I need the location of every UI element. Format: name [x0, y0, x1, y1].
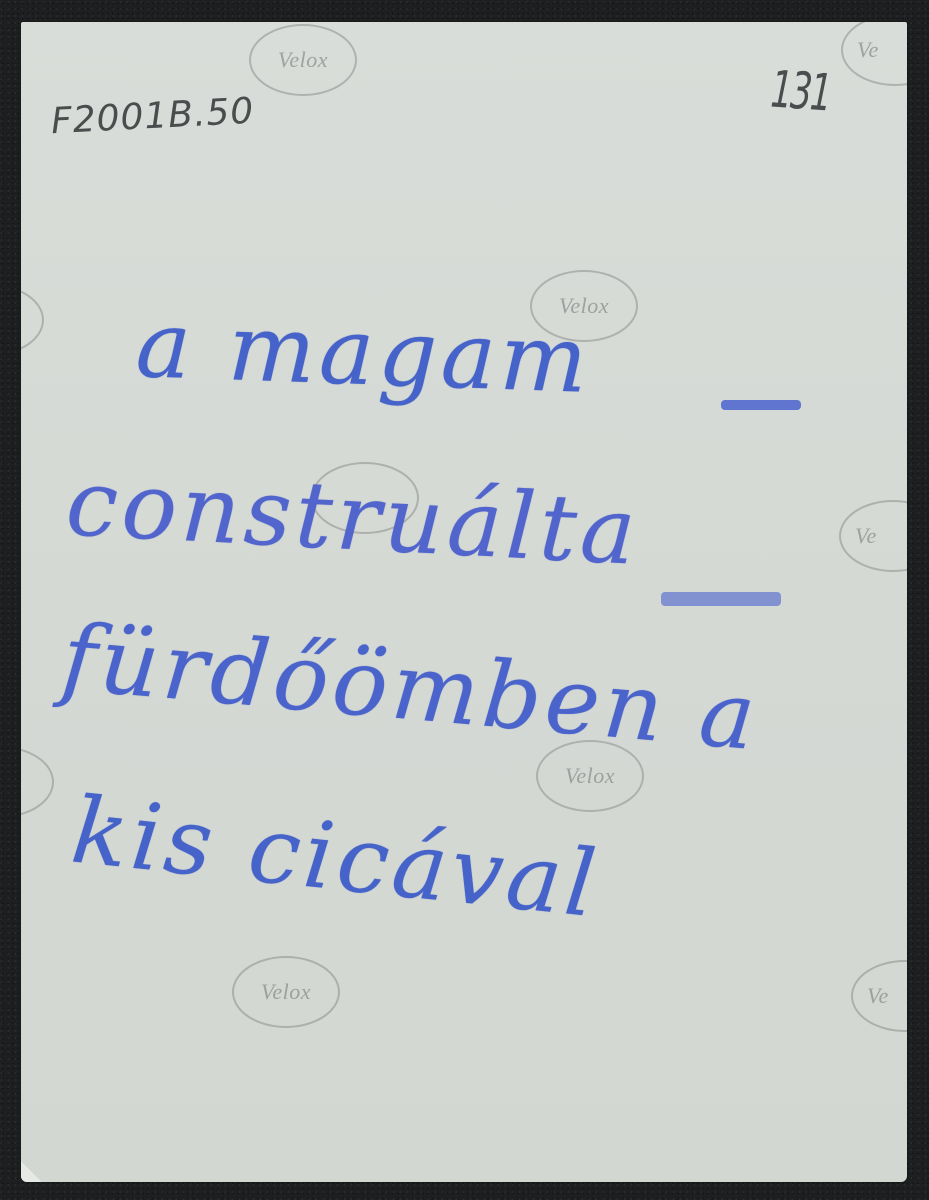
corner-crease — [21, 1160, 41, 1182]
velox-stamp: Velox — [232, 956, 340, 1028]
velox-stamp-partial — [21, 284, 44, 356]
page-number: 131 — [769, 60, 832, 124]
stamp-text: Velox — [565, 763, 615, 789]
handwriting-line-1: a magam — [135, 299, 593, 407]
handwriting-line-3: fürdőömben a — [58, 612, 762, 765]
velox-stamp-partial: Ve — [841, 22, 907, 86]
stamp-text: Velox — [261, 979, 311, 1005]
stamp-text: Velox — [278, 47, 328, 73]
velox-stamp-partial: Ve — [851, 960, 907, 1032]
stamp-text: Ve — [857, 37, 879, 63]
stamp-text: Ve — [855, 523, 877, 549]
stamp-text: Ve — [867, 983, 889, 1009]
ink-smear — [661, 592, 781, 606]
velox-stamp: Velox — [249, 24, 357, 96]
handwriting-line-4: kis cicával — [68, 785, 604, 932]
velox-stamp-partial: Ve — [839, 500, 907, 572]
photo-card-back: Velox Ve Velox Ve Velox Velox Ve F2001B.… — [21, 22, 907, 1182]
velox-stamp-partial — [21, 746, 54, 818]
handwriting-line-2: construálta — [64, 457, 642, 579]
ink-smear — [721, 400, 801, 410]
catalog-number: F2001B.50 — [50, 91, 255, 143]
